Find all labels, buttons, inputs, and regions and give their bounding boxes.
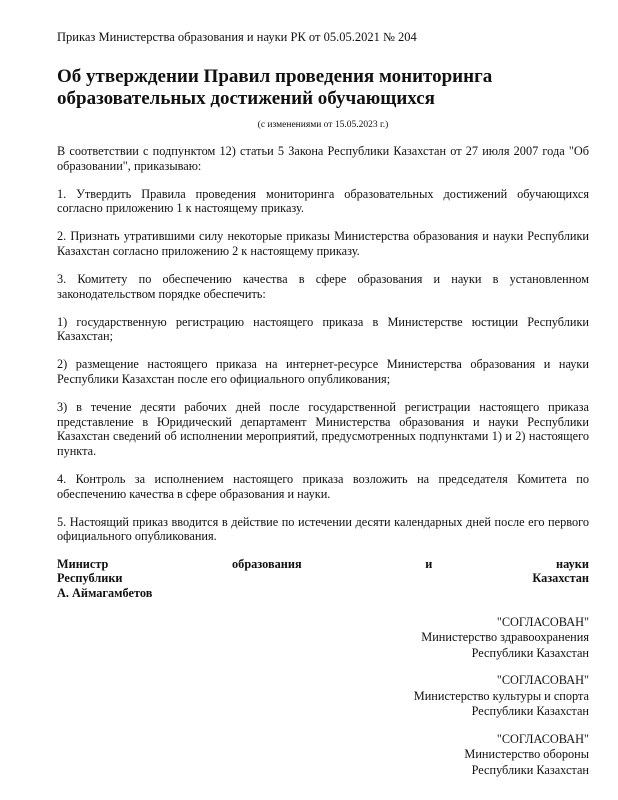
signature-word: Министр: [57, 557, 108, 572]
approval-stamp: "СОГЛАСОВАН": [57, 673, 589, 689]
approval-stamp: "СОГЛАСОВАН": [57, 732, 589, 748]
approval-ministry: Министерство здравоохранения: [57, 630, 589, 646]
signature-word: науки: [556, 557, 589, 572]
signature-word: Казахстан: [532, 571, 589, 586]
signature-block: Министр образования и науки Республики К…: [57, 557, 589, 601]
approvals-block: "СОГЛАСОВАН" Министерство здравоохранени…: [57, 615, 589, 779]
paragraph-item-4: 4. Контроль за исполнением настоящего пр…: [57, 472, 589, 501]
amendment-note: (с изменениями от 15.05.2023 г.): [57, 119, 589, 131]
signature-word: Республики: [57, 571, 122, 586]
signature-word: образования: [232, 557, 302, 572]
approval-culture-sport: "СОГЛАСОВАН" Министерство культуры и спо…: [57, 673, 589, 720]
approval-country: Республики Казахстан: [57, 704, 589, 720]
signature-row-1: Министр образования и науки: [57, 557, 589, 572]
signature-word: и: [425, 557, 432, 572]
approval-defense: "СОГЛАСОВАН" Министерство обороны Респуб…: [57, 732, 589, 779]
preamble-paragraph: В соответствии с подпунктом 12) статьи 5…: [57, 144, 589, 173]
document-page: Приказ Министерства образования и науки …: [57, 29, 589, 778]
approval-country: Республики Казахстан: [57, 646, 589, 662]
document-title: Об утверждении Правил проведения монитор…: [57, 66, 589, 110]
approval-ministry: Министерство обороны: [57, 747, 589, 763]
subparagraph-1: 1) государственную регистрацию настоящег…: [57, 315, 589, 344]
paragraph-item-3: 3. Комитету по обеспечению качества в сф…: [57, 272, 589, 301]
paragraph-item-2: 2. Признать утратившими силу некоторые п…: [57, 229, 589, 258]
subparagraph-2: 2) размещение настоящего приказа на инте…: [57, 357, 589, 386]
title-line-1: Об утверждении Правил проведения монитор…: [57, 66, 492, 87]
approval-country: Республики Казахстан: [57, 763, 589, 779]
paragraph-item-5: 5. Настоящий приказ вводится в действие …: [57, 515, 589, 544]
signatory-name: А. Аймагамбетов: [57, 586, 589, 601]
paragraph-item-1: 1. Утвердить Правила проведения монитори…: [57, 187, 589, 216]
approval-health: "СОГЛАСОВАН" Министерство здравоохранени…: [57, 615, 589, 662]
order-reference: Приказ Министерства образования и науки …: [57, 29, 589, 45]
approval-stamp: "СОГЛАСОВАН": [57, 615, 589, 631]
title-line-2: образовательных достижений обучающихся: [57, 88, 435, 109]
signature-row-2: Республики Казахстан: [57, 571, 589, 586]
subparagraph-3: 3) в течение десяти рабочих дней после г…: [57, 400, 589, 458]
approval-ministry: Министерство культуры и спорта: [57, 689, 589, 705]
